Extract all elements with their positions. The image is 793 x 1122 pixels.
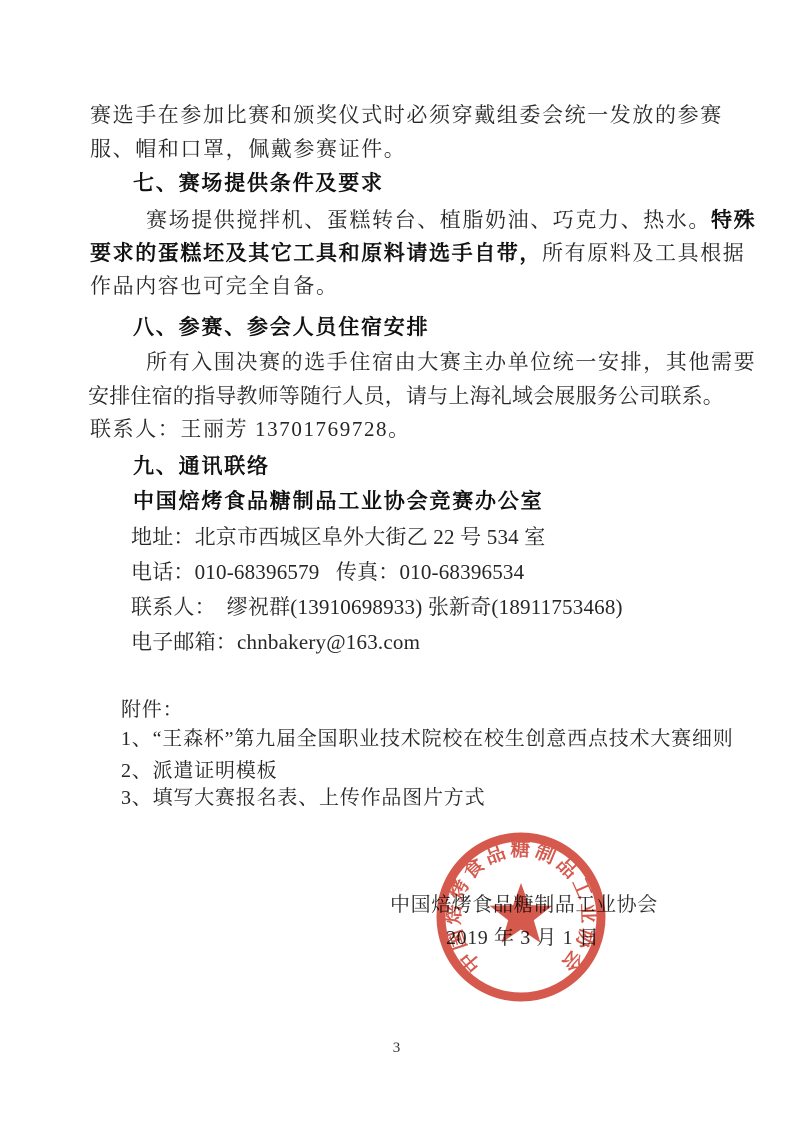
section8-line-1: 所有入围决赛的选手住宿由大赛主办单位统一安排，其他需要	[146, 351, 756, 374]
intro-line-1: 赛选手在参加比赛和颁奖仪式时必须穿戴组委会统一发放的参赛	[90, 104, 723, 127]
document-page: 赛选手在参加比赛和颁奖仪式时必须穿戴组委会统一发放的参赛 服、帽和口罩，佩戴参赛…	[0, 0, 793, 1122]
section7-line2-bold: 要求的蛋糕坯及其它工具和原料请选手自带，	[90, 241, 542, 265]
section7-line-1: 赛场提供搅拌机、蛋糕转台、植脂奶油、巧克力、热水。特殊	[146, 209, 756, 232]
section8-line-3: 联系人：王丽芳 13701769728。	[90, 418, 411, 441]
section9-heading: 九、通讯联络	[133, 455, 270, 478]
address-line: 地址：北京市西城区阜外大街乙 22 号 534 室	[131, 526, 546, 549]
signature-organization: 中国焙烤食品糖制品工业协会	[390, 895, 658, 917]
section7-heading: 七、赛场提供条件及要求	[133, 172, 384, 195]
section7-line-2: 要求的蛋糕坯及其它工具和原料请选手自带，所有原料及工具根据	[90, 242, 745, 265]
page-number: 3	[0, 1040, 793, 1057]
intro-line-2: 服、帽和口罩，佩戴参赛证件。	[90, 138, 406, 161]
phone-fax-line: 电话：010-68396579 传真：010-68396534	[131, 561, 524, 584]
contacts-line: 联系人： 缪祝群(13910698933) 张新奇(18911753468)	[131, 596, 623, 619]
section7-line1-bold: 特殊	[711, 208, 756, 232]
attachment-item-1: 1、“王森杯”第九届全国职业技术院校在校生创意西点技术大赛细则	[121, 729, 734, 751]
official-seal: 中国焙烤食品糖制品工业协会	[421, 817, 621, 1017]
attachment-item-3: 3、填写大赛报名表、上传作品图片方式	[121, 788, 485, 810]
section7-line-3: 作品内容也可完全自备。	[90, 275, 339, 298]
section7-line2-regular: 所有原料及工具根据	[542, 241, 745, 265]
signature-date: 2019 年 3 月 1 日	[446, 928, 599, 950]
attachments-title: 附件：	[121, 700, 183, 722]
email-line: 电子邮箱：chnbakery@163.com	[131, 631, 420, 654]
section8-heading: 八、参赛、参会人员住宿安排	[133, 316, 429, 339]
section8-line-2: 安排住宿的指导教师等随行人员，请与上海礼域会展服务公司联系。	[88, 385, 724, 408]
attachment-item-2: 2、派遣证明模板	[121, 761, 277, 783]
office-name: 中国焙烤食品糖制品工业协会竞赛办公室	[133, 490, 543, 513]
section7-line1-regular: 赛场提供搅拌机、蛋糕转台、植脂奶油、巧克力、热水。	[146, 208, 711, 232]
seal-ring	[441, 837, 601, 997]
